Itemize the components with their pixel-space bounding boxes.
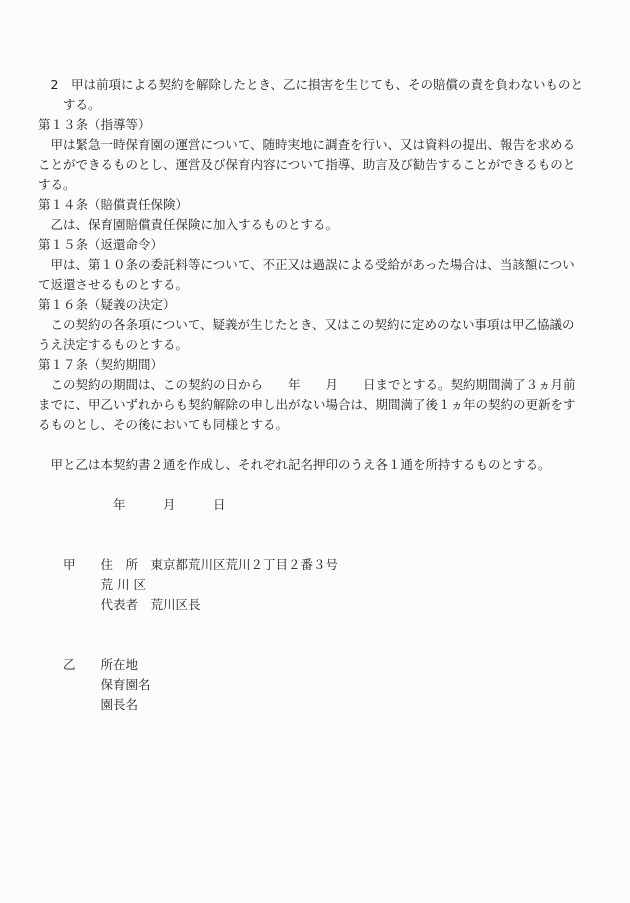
date-line: 年 月 日 xyxy=(38,495,600,515)
closing-statement: 甲と乙は本契約書２通を作成し、それぞれ記名押印のうえ各１通を所持するものとする。 xyxy=(38,455,600,475)
article-17-line-3: るものとし、その後においても同様とする。 xyxy=(38,415,600,435)
article-15-heading: 第１５条（返還命令） xyxy=(38,235,600,255)
article-16-line-2: うえ決定するものとする。 xyxy=(38,335,600,355)
blank-line xyxy=(38,635,600,655)
article-15-line-2: て返還させるものとする。 xyxy=(38,275,600,295)
blank-line xyxy=(38,615,600,635)
party-otsu-director-name: 園長名 xyxy=(38,695,600,715)
article-16-heading: 第１６条（疑義の決定） xyxy=(38,295,600,315)
blank-line xyxy=(38,475,600,495)
article-15-line-1: 甲は、第１０条の委託料等について、不正又は過誤による受給があった場合は、当該額に… xyxy=(38,255,600,275)
document-page: 2 甲は前項による契約を解除したとき、乙に損害を生じても、その賠償の責を負わない… xyxy=(0,0,630,903)
article-13-line-2: ことができるものとし、運営及び保育内容について指導、助言及び勧告することができる… xyxy=(38,155,600,175)
article-13-line-3: する。 xyxy=(38,175,600,195)
blank-line xyxy=(38,515,600,535)
party-otsu-nursery-name: 保育園名 xyxy=(38,675,600,695)
party-kou-name: 荒 川 区 xyxy=(38,575,600,595)
article-17-line-1: この契約の期間は、この契約の日から 年 月 日までとする。契約期間満了３ヵ月前 xyxy=(38,375,600,395)
blank-line xyxy=(38,535,600,555)
party-kou-address: 甲 住 所 東京都荒川区荒川２丁目２番３号 xyxy=(38,555,600,575)
clause-2-line-2: する。 xyxy=(38,95,600,115)
article-17-heading: 第１７条（契約期間） xyxy=(38,355,600,375)
article-17-line-2: までに、甲乙いずれからも契約解除の申し出がない場合は、期間満了後１ヵ年の契約の更… xyxy=(38,395,600,415)
party-kou-representative: 代表者 荒川区長 xyxy=(38,595,600,615)
article-13-heading: 第１３条（指導等） xyxy=(38,115,600,135)
article-14-heading: 第１４条（賠償責任保険） xyxy=(38,195,600,215)
article-16-line-1: この契約の各条項について、疑義が生じたとき、又はこの契約に定めのない事項は甲乙協… xyxy=(38,315,600,335)
party-otsu-location: 乙 所在地 xyxy=(38,655,600,675)
blank-line xyxy=(38,435,600,455)
article-13-line-1: 甲は緊急一時保育園の運営について、随時実地に調査を行い、又は資料の提出、報告を求… xyxy=(38,135,600,155)
clause-2-line-1: 2 甲は前項による契約を解除したとき、乙に損害を生じても、その賠償の責を負わない… xyxy=(38,75,600,95)
article-14-line-1: 乙は、保育園賠償責任保険に加入するものとする。 xyxy=(38,215,600,235)
